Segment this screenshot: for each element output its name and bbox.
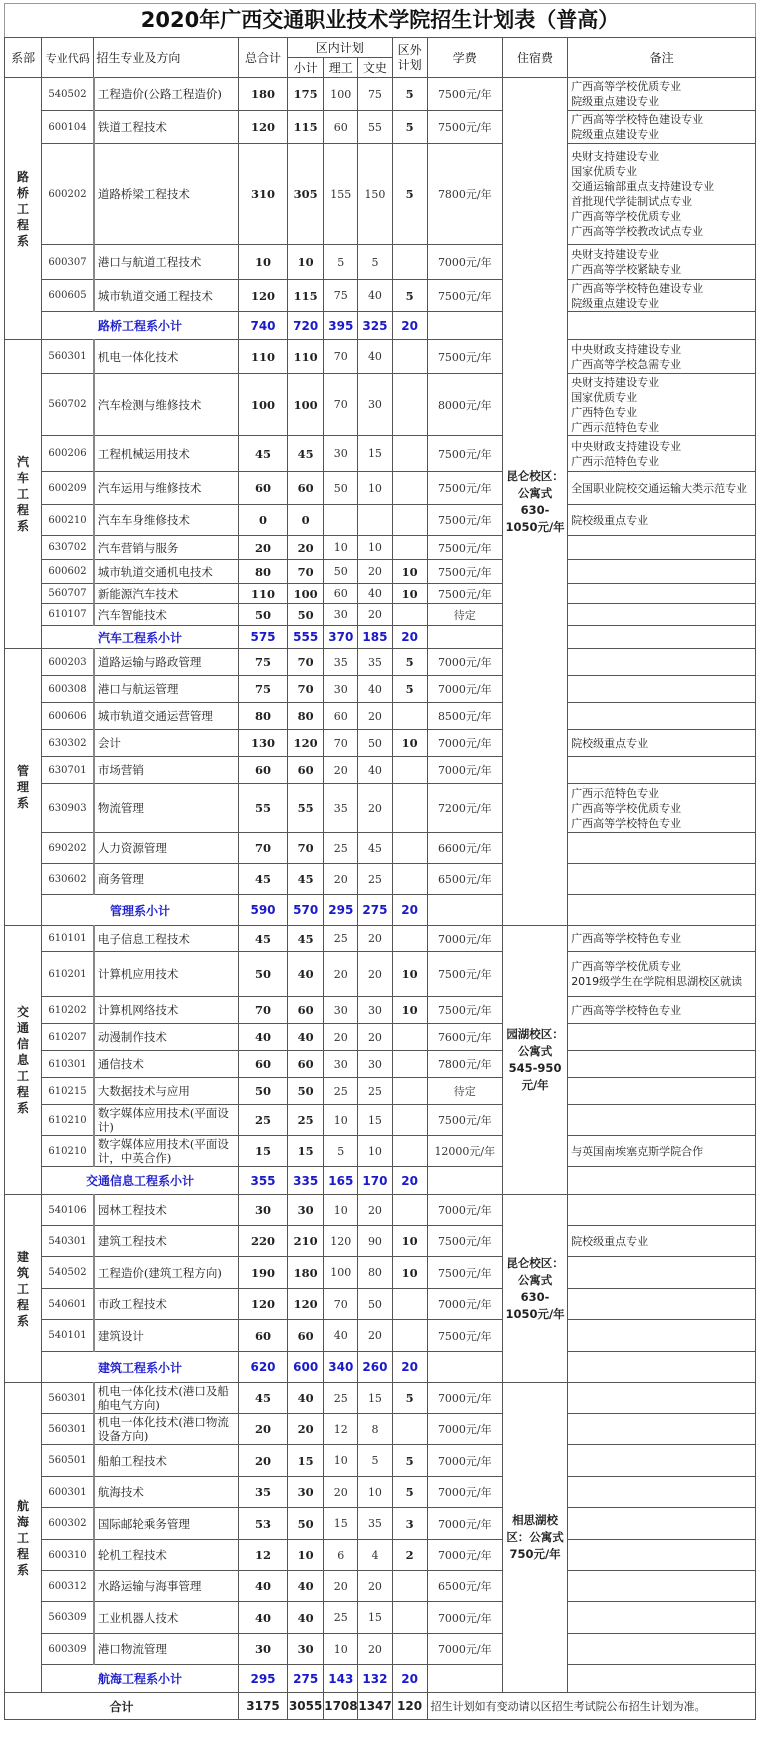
remark-line: 全国职业院校交通运输大类示范专业	[571, 481, 755, 496]
subtotal-science: 395	[324, 312, 358, 340]
table-row: 540601市政工程技术12012070507000元/年	[5, 1289, 756, 1320]
in-region-subtotal: 100	[288, 584, 324, 604]
subtotal-label: 航海工程系小计	[42, 1665, 239, 1693]
out-region-count: 10	[392, 952, 427, 997]
out-region-count: 10	[392, 560, 427, 584]
major-code: 600310	[42, 1540, 94, 1571]
dept-name: 路桥工程系	[5, 78, 42, 340]
total-count: 50	[238, 1078, 287, 1105]
table-row: 560309工业机器人技术404025157000元/年	[5, 1602, 756, 1634]
subtotal-row: 交通信息工程系小计35533516517020	[5, 1167, 756, 1195]
major-name: 建筑工程技术	[94, 1226, 239, 1257]
out-region-count	[392, 1320, 427, 1352]
arts-count: 30	[358, 997, 392, 1024]
arts-count: 55	[358, 111, 392, 144]
subtotal-science: 143	[324, 1665, 358, 1693]
arts-count: 20	[358, 1320, 392, 1352]
tuition-fee: 7000元/年	[427, 926, 502, 952]
remark-line: 广西高等学校紧缺专业	[571, 262, 755, 277]
in-region-subtotal: 45	[288, 926, 324, 952]
total-count: 60	[238, 472, 287, 505]
major-code: 600206	[42, 436, 94, 472]
tuition-fee: 7000元/年	[427, 757, 502, 784]
dept-name-label: 路桥工程系	[16, 169, 30, 249]
tuition-fee: 7000元/年	[427, 1540, 502, 1571]
subtotal-total: 740	[238, 312, 287, 340]
remark-line: 院级重点建设专业	[571, 94, 755, 109]
arts-count	[358, 505, 392, 536]
remark-line: 广西特色专业	[571, 405, 755, 420]
major-name: 汽车智能技术	[94, 604, 239, 626]
remarks: 央财支持建设专业国家优质专业广西特色专业广西示范特色专业	[568, 374, 756, 436]
out-region-count	[392, 784, 427, 833]
arts-count: 25	[358, 1078, 392, 1105]
in-region-subtotal: 120	[288, 730, 324, 757]
table-row: 610301通信技术606030307800元/年	[5, 1051, 756, 1078]
in-region-subtotal: 70	[288, 676, 324, 703]
arts-count: 45	[358, 833, 392, 864]
total-count: 53	[238, 1508, 287, 1540]
science-count: 30	[324, 436, 358, 472]
table-row: 管理系600203道路运输与路政管理7570353557000元/年	[5, 649, 756, 676]
major-name: 市场营销	[94, 757, 239, 784]
remark-line: 交通运输部重点支持建设专业	[571, 179, 755, 194]
major-code: 560301	[42, 1414, 94, 1445]
in-region-subtotal: 10	[288, 1540, 324, 1571]
subtotal-total: 590	[238, 895, 287, 926]
total-count: 60	[238, 1320, 287, 1352]
grand-total-in-region: 3055	[288, 1693, 324, 1720]
major-code: 610207	[42, 1024, 94, 1051]
total-count: 45	[238, 1383, 287, 1414]
science-count: 30	[324, 676, 358, 703]
major-code: 600302	[42, 1508, 94, 1540]
dept-name-label: 建筑工程系	[16, 1249, 30, 1329]
science-count: 15	[324, 1508, 358, 1540]
total-count: 190	[238, 1257, 287, 1289]
table-row: 600210汽车车身维修技术007500元/年院校级重点专业	[5, 505, 756, 536]
total-count: 45	[238, 864, 287, 895]
arts-count: 5	[358, 245, 392, 280]
major-code: 560301	[42, 340, 94, 374]
major-name: 城市轨道交通机电技术	[94, 560, 239, 584]
out-region-count	[392, 505, 427, 536]
remark-line: 广西高等学校优质专业	[571, 79, 755, 94]
science-count: 50	[324, 560, 358, 584]
major-code: 540101	[42, 1320, 94, 1352]
table-row: 630903物流管理555535207200元/年广西示范特色专业广西高等学校优…	[5, 784, 756, 833]
total-count: 15	[238, 1136, 287, 1167]
arts-count: 20	[358, 952, 392, 997]
grand-total-out-region: 120	[392, 1693, 427, 1720]
major-code: 600309	[42, 1634, 94, 1665]
arts-count: 40	[358, 340, 392, 374]
remark-line: 央财支持建设专业	[571, 375, 755, 390]
dept-name: 航海工程系	[5, 1383, 42, 1693]
subtotal-out-region: 20	[392, 1665, 427, 1693]
out-region-count	[392, 1634, 427, 1665]
out-region-count	[392, 864, 427, 895]
in-region-subtotal: 45	[288, 864, 324, 895]
major-code: 560702	[42, 374, 94, 436]
out-region-count: 5	[392, 144, 427, 245]
in-region-subtotal: 100	[288, 374, 324, 436]
subtotal-out-region: 20	[392, 895, 427, 926]
remarks	[568, 1571, 756, 1602]
arts-count: 15	[358, 1383, 392, 1414]
major-code: 610215	[42, 1078, 94, 1105]
major-name: 道路运输与路政管理	[94, 649, 239, 676]
major-code: 600203	[42, 649, 94, 676]
header-out-region-label: 区外计划	[397, 43, 423, 73]
tuition-fee: 7000元/年	[427, 245, 502, 280]
remark-line: 2019级学生在学院相思湖校区就读	[571, 974, 755, 989]
subtotal-label: 管理系小计	[42, 895, 239, 926]
table-row: 600308港口与航运管理7570304057000元/年	[5, 676, 756, 703]
dorm-fee-label: 昆仑校区：公寓式630-1050元/年	[505, 1255, 565, 1323]
header-out-region: 区外计划	[392, 38, 427, 78]
tuition-fee: 7500元/年	[427, 111, 502, 144]
tuition-fee: 7500元/年	[427, 560, 502, 584]
remarks: 广西高等学校优质专业院级重点建设专业	[568, 78, 756, 111]
science-count: 20	[324, 864, 358, 895]
arts-count: 75	[358, 78, 392, 111]
total-count: 220	[238, 1226, 287, 1257]
out-region-count	[392, 1105, 427, 1136]
major-code: 540106	[42, 1195, 94, 1226]
major-name: 物流管理	[94, 784, 239, 833]
remarks	[568, 604, 756, 626]
out-region-count: 5	[392, 1445, 427, 1477]
remarks: 广西高等学校特色专业	[568, 997, 756, 1024]
total-count: 180	[238, 78, 287, 111]
dept-name-label: 汽车工程系	[16, 454, 30, 534]
grand-total-label: 合计	[5, 1693, 239, 1720]
arts-count: 35	[358, 649, 392, 676]
table-row: 600209汽车运用与维修技术606050107500元/年全国职业院校交通运输…	[5, 472, 756, 505]
table-row: 610210数字媒体应用技术(平面设计，中英合作)151551012000元/年…	[5, 1136, 756, 1167]
major-code: 600312	[42, 1571, 94, 1602]
major-name: 港口与航运管理	[94, 676, 239, 703]
major-name: 港口物流管理	[94, 1634, 239, 1665]
out-region-count	[392, 1078, 427, 1105]
major-code: 610107	[42, 604, 94, 626]
header-in-region: 区内计划	[288, 38, 392, 58]
science-count: 20	[324, 952, 358, 997]
subtotal-arts: 260	[358, 1352, 392, 1383]
remark-line: 国家优质专业	[571, 390, 755, 405]
subtotal-out-region: 20	[392, 1167, 427, 1195]
remarks	[568, 1289, 756, 1320]
major-name: 动漫制作技术	[94, 1024, 239, 1051]
remarks: 中央财政支持建设专业广西示范特色专业	[568, 436, 756, 472]
subtotal-row: 汽车工程系小计57555537018520	[5, 626, 756, 649]
remarks	[568, 560, 756, 584]
arts-count: 15	[358, 1602, 392, 1634]
total-count: 40	[238, 1602, 287, 1634]
table-row: 560301机电一体化技术(港口物流设备方向)20201287000元/年	[5, 1414, 756, 1445]
table-row: 690202人力资源管理707025456600元/年	[5, 833, 756, 864]
table-row: 600605城市轨道交通工程技术120115754057500元/年广西高等学校…	[5, 280, 756, 312]
in-region-subtotal: 20	[288, 536, 324, 560]
major-name: 铁道工程技术	[94, 111, 239, 144]
in-region-subtotal: 120	[288, 1289, 324, 1320]
table-row: 540301建筑工程技术22021012090107500元/年院校级重点专业	[5, 1226, 756, 1257]
remark-line: 央财支持建设专业	[571, 149, 755, 164]
remark-line: 广西示范特色专业	[571, 454, 755, 469]
science-count: 6	[324, 1540, 358, 1571]
total-count: 10	[238, 245, 287, 280]
subtotal-tuition-empty	[427, 1665, 502, 1693]
table-row: 610202计算机网络技术70603030107500元/年广西高等学校特色专业	[5, 997, 756, 1024]
header-dept: 系部	[5, 38, 42, 78]
remark-line: 广西高等学校特色专业	[571, 1003, 755, 1018]
tuition-fee: 7000元/年	[427, 649, 502, 676]
subtotal-total: 295	[238, 1665, 287, 1693]
remarks	[568, 1445, 756, 1477]
science-count: 30	[324, 1051, 358, 1078]
arts-count: 20	[358, 703, 392, 730]
table-row: 540502工程造价(建筑工程方向)19018010080107500元/年	[5, 1257, 756, 1289]
major-name: 港口与航道工程技术	[94, 245, 239, 280]
science-count: 30	[324, 997, 358, 1024]
total-count: 30	[238, 1195, 287, 1226]
out-region-count	[392, 833, 427, 864]
total-count: 20	[238, 1414, 287, 1445]
out-region-count: 10	[392, 584, 427, 604]
major-code: 610202	[42, 997, 94, 1024]
science-count: 10	[324, 1445, 358, 1477]
total-count: 100	[238, 374, 287, 436]
major-code: 600301	[42, 1477, 94, 1508]
in-region-subtotal: 30	[288, 1477, 324, 1508]
remark-line: 中央财政支持建设专业	[571, 342, 755, 357]
enrollment-table: 系部 专业代码 招生专业及方向 总合计 区内计划 区外计划 学费 住宿费 备注 …	[4, 37, 756, 1720]
subtotal-science: 295	[324, 895, 358, 926]
science-count: 20	[324, 1024, 358, 1051]
arts-count: 30	[358, 1051, 392, 1078]
tuition-fee: 8000元/年	[427, 374, 502, 436]
major-code: 540502	[42, 78, 94, 111]
remarks	[568, 1540, 756, 1571]
total-count: 30	[238, 1634, 287, 1665]
science-count: 35	[324, 649, 358, 676]
in-region-subtotal: 50	[288, 604, 324, 626]
major-code: 600202	[42, 144, 94, 245]
subtotal-row: 管理系小计59057029527520	[5, 895, 756, 926]
major-code: 600210	[42, 505, 94, 536]
tuition-fee: 7500元/年	[427, 1226, 502, 1257]
in-region-subtotal: 50	[288, 1078, 324, 1105]
total-count: 50	[238, 952, 287, 997]
subtotal-science: 370	[324, 626, 358, 649]
table-row: 600202道路桥梁工程技术31030515515057800元/年央财支持建设…	[5, 144, 756, 245]
subtotal-tuition-empty	[427, 312, 502, 340]
out-region-count: 10	[392, 730, 427, 757]
total-count: 35	[238, 1477, 287, 1508]
tuition-fee: 7200元/年	[427, 784, 502, 833]
major-code: 610210	[42, 1105, 94, 1136]
remarks	[568, 536, 756, 560]
subtotal-tuition-empty	[427, 626, 502, 649]
major-name: 商务管理	[94, 864, 239, 895]
science-count: 25	[324, 1078, 358, 1105]
major-name: 机电一体化技术(港口及船舶电气方向)	[94, 1383, 239, 1414]
tuition-fee: 7800元/年	[427, 144, 502, 245]
subtotal-arts: 325	[358, 312, 392, 340]
table-row: 540101建筑设计606040207500元/年	[5, 1320, 756, 1352]
science-count: 20	[324, 1571, 358, 1602]
arts-count: 30	[358, 374, 392, 436]
arts-count: 50	[358, 1289, 392, 1320]
tuition-fee: 7000元/年	[427, 1383, 502, 1414]
subtotal-tuition-empty	[427, 1352, 502, 1383]
remark-line: 广西高等学校特色专业	[571, 931, 755, 946]
subtotal-arts: 170	[358, 1167, 392, 1195]
subtotal-row: 建筑工程系小计62060034026020	[5, 1352, 756, 1383]
subtotal-arts: 132	[358, 1665, 392, 1693]
table-row: 600302国际邮轮乘务管理5350153537000元/年	[5, 1508, 756, 1540]
major-code: 560501	[42, 1445, 94, 1477]
total-count: 60	[238, 757, 287, 784]
remark-line: 院级重点建设专业	[571, 127, 755, 142]
arts-count: 20	[358, 560, 392, 584]
total-count: 55	[238, 784, 287, 833]
in-region-subtotal: 50	[288, 1508, 324, 1540]
major-code: 560309	[42, 1602, 94, 1634]
remark-line: 院校级重点专业	[571, 736, 755, 751]
remarks	[568, 1508, 756, 1540]
major-name: 机电一体化技术(港口物流设备方向)	[94, 1414, 239, 1445]
total-count: 120	[238, 280, 287, 312]
header-note: 备注	[568, 38, 756, 78]
arts-count: 20	[358, 1195, 392, 1226]
arts-count: 10	[358, 536, 392, 560]
in-region-subtotal: 40	[288, 1602, 324, 1634]
remark-line: 与英国南埃塞克斯学院合作	[571, 1144, 755, 1159]
remark-line: 广西高等学校特色建设专业	[571, 281, 755, 296]
science-count: 25	[324, 1602, 358, 1634]
science-count: 40	[324, 1320, 358, 1352]
major-code: 600606	[42, 703, 94, 730]
remark-line: 央财支持建设专业	[571, 247, 755, 262]
science-count: 12	[324, 1414, 358, 1445]
science-count: 100	[324, 1257, 358, 1289]
total-count: 60	[238, 1051, 287, 1078]
dept-name-label: 交通信息工程系	[16, 1004, 30, 1116]
out-region-count	[392, 703, 427, 730]
major-name: 大数据技术与应用	[94, 1078, 239, 1105]
tuition-fee: 7500元/年	[427, 436, 502, 472]
in-region-subtotal: 15	[288, 1445, 324, 1477]
table-row: 560501船舶工程技术201510557000元/年	[5, 1445, 756, 1477]
header-code: 专业代码	[42, 38, 94, 78]
arts-count: 150	[358, 144, 392, 245]
out-region-count: 10	[392, 1257, 427, 1289]
major-name: 国际邮轮乘务管理	[94, 1508, 239, 1540]
in-region-subtotal: 15	[288, 1136, 324, 1167]
in-region-subtotal: 40	[288, 952, 324, 997]
subtotal-in-region: 570	[288, 895, 324, 926]
header-tuition: 学费	[427, 38, 502, 78]
table-row: 600307港口与航道工程技术1010557000元/年央财支持建设专业广西高等…	[5, 245, 756, 280]
major-name: 人力资源管理	[94, 833, 239, 864]
total-count: 80	[238, 703, 287, 730]
major-code: 560707	[42, 584, 94, 604]
major-name: 工业机器人技术	[94, 1602, 239, 1634]
out-region-count: 5	[392, 1383, 427, 1414]
out-region-count	[392, 1289, 427, 1320]
in-region-subtotal: 25	[288, 1105, 324, 1136]
major-code: 560301	[42, 1383, 94, 1414]
science-count: 20	[324, 757, 358, 784]
grand-total-note: 招生计划如有变动请以区招生考试院公布招生计划为准。	[427, 1693, 755, 1720]
arts-count: 15	[358, 436, 392, 472]
major-code: 610301	[42, 1051, 94, 1078]
remarks	[568, 1195, 756, 1226]
remarks	[568, 1105, 756, 1136]
remark-line: 首批现代学徒制试点专业	[571, 194, 755, 209]
total-count: 110	[238, 340, 287, 374]
table-row: 600310轮机工程技术12106427000元/年	[5, 1540, 756, 1571]
tuition-fee: 待定	[427, 604, 502, 626]
remarks: 院校级重点专业	[568, 505, 756, 536]
remark-line: 广西示范特色专业	[571, 786, 755, 801]
remark-line: 广西高等学校优质专业	[571, 959, 755, 974]
remarks	[568, 1257, 756, 1289]
remarks: 广西高等学校优质专业2019级学生在学院相思湖校区就读	[568, 952, 756, 997]
total-count: 80	[238, 560, 287, 584]
subtotal-in-region: 335	[288, 1167, 324, 1195]
remarks	[568, 757, 756, 784]
major-name: 道路桥梁工程技术	[94, 144, 239, 245]
remarks: 央财支持建设专业广西高等学校紧缺专业	[568, 245, 756, 280]
remarks	[568, 1383, 756, 1414]
remarks: 院校级重点专业	[568, 730, 756, 757]
major-code: 630602	[42, 864, 94, 895]
major-code: 600308	[42, 676, 94, 703]
dept-name: 建筑工程系	[5, 1195, 42, 1383]
tuition-fee: 7500元/年	[427, 584, 502, 604]
tuition-fee: 12000元/年	[427, 1136, 502, 1167]
out-region-count: 5	[392, 649, 427, 676]
major-name: 汽车检测与维修技术	[94, 374, 239, 436]
major-name: 航海技术	[94, 1477, 239, 1508]
remarks	[568, 1051, 756, 1078]
subtotal-arts: 185	[358, 626, 392, 649]
major-name: 水路运输与海事管理	[94, 1571, 239, 1602]
remarks	[568, 1634, 756, 1665]
arts-count: 40	[358, 280, 392, 312]
table-row: 600602城市轨道交通机电技术80705020107500元/年	[5, 560, 756, 584]
dorm-fee: 昆仑校区：公寓式630-1050元/年	[502, 78, 567, 926]
major-code: 540301	[42, 1226, 94, 1257]
table-row: 600104铁道工程技术120115605557500元/年广西高等学校特色建设…	[5, 111, 756, 144]
tuition-fee: 7500元/年	[427, 997, 502, 1024]
table-row: 610207动漫制作技术404020207600元/年	[5, 1024, 756, 1051]
science-count: 120	[324, 1226, 358, 1257]
dept-name-label: 管理系	[16, 763, 30, 811]
table-row: 610210数字媒体应用技术(平面设计)252510157500元/年	[5, 1105, 756, 1136]
out-region-count	[392, 604, 427, 626]
out-region-count: 10	[392, 997, 427, 1024]
total-count: 12	[238, 1540, 287, 1571]
science-count: 10	[324, 1634, 358, 1665]
out-region-count	[392, 436, 427, 472]
subtotal-total: 575	[238, 626, 287, 649]
science-count: 10	[324, 1105, 358, 1136]
dorm-fee-label: 园湖校区：公寓式545-950元/年	[505, 1026, 565, 1094]
